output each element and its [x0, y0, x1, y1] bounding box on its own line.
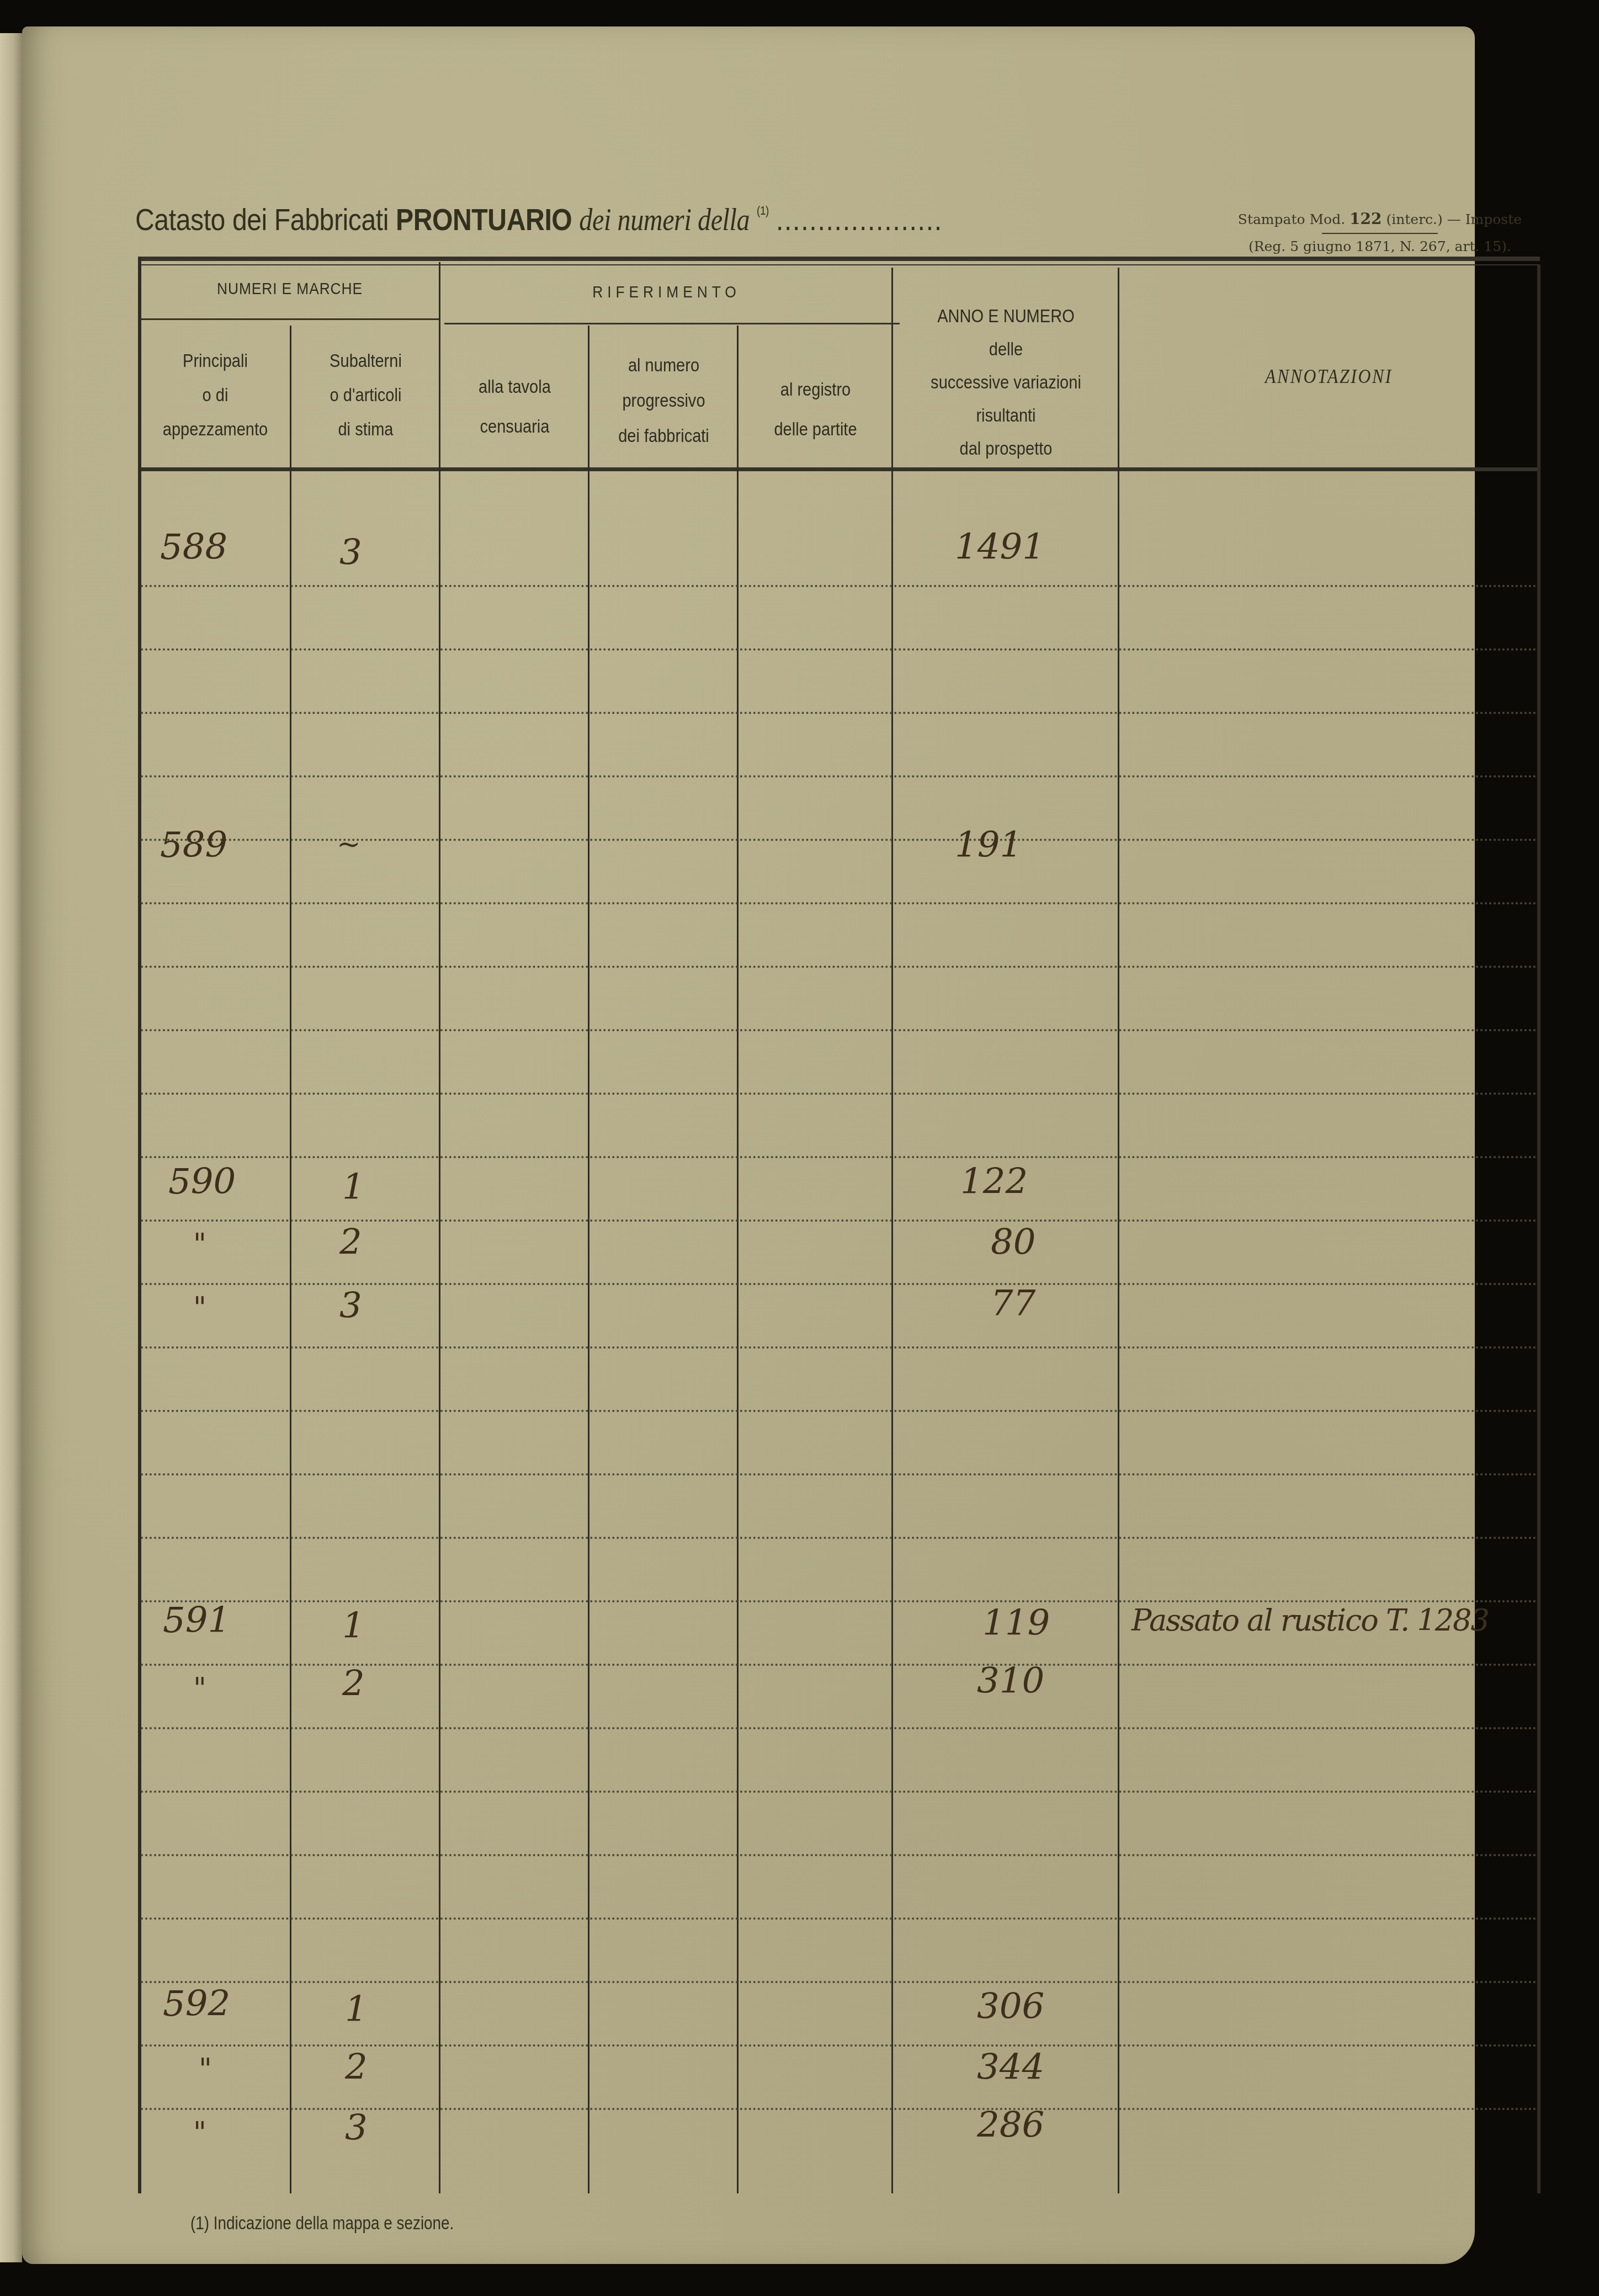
stamp-regulation: (Reg. 5 giugno 1871, N. 267, art. 15).	[1238, 236, 1522, 258]
row-rule	[141, 1791, 1537, 1793]
entry-principale-ditto: "	[193, 1228, 206, 1261]
table-top-rule	[138, 257, 1540, 261]
entry-subalterno: 1	[342, 1606, 365, 1647]
row-rule	[141, 712, 1537, 714]
entry-principale: 591	[163, 1600, 230, 1641]
group-header-riferimento: RIFERIMENTO	[469, 280, 864, 306]
entry-variazione: 310	[977, 1661, 1044, 1702]
footnote: (1) Indicazione della mappa e sezione.	[190, 2213, 454, 2234]
row-rule	[141, 966, 1537, 968]
row-rule	[141, 1854, 1537, 1856]
entry-variazione: 80	[991, 1222, 1035, 1263]
row-rule	[141, 1473, 1537, 1475]
col-header-anno-numero: ANNO E NUMERO delle successive variazion…	[907, 300, 1104, 465]
page-title: Catasto dei Fabbricati PRONTUARIO dei nu…	[135, 201, 943, 238]
entry-principale: 588	[160, 527, 227, 568]
group-header-numeri: NUMERI E MARCHE	[158, 276, 421, 302]
col-header-annotazioni: ANNOTAZIONI	[1145, 361, 1512, 392]
row-rule	[141, 1537, 1537, 1539]
register-table: NUMERI E MARCHE RIFERIMENTO Principali o…	[138, 257, 1540, 2193]
row-rule	[141, 1093, 1537, 1095]
table-left-border	[138, 257, 141, 2193]
entry-subalterno: 2	[345, 2047, 368, 2088]
row-rule	[141, 1410, 1537, 1412]
row-rule	[141, 902, 1537, 904]
col-header-registro: al registro delle partite	[749, 370, 883, 449]
entry-annotazione: Passato al rustico T. 1283	[1131, 1603, 1489, 1638]
entry-subalterno: 3	[339, 1286, 362, 1327]
entry-variazione: 344	[977, 2047, 1044, 2088]
row-rule	[141, 1346, 1537, 1349]
row-rule	[141, 648, 1537, 651]
title-blank-field: ....................	[776, 202, 943, 237]
stamp-model-number: 122	[1350, 210, 1382, 228]
entry-variazione: 119	[982, 1603, 1050, 1644]
col-header-subalterni: Subalterni o d'articoli di stima	[301, 344, 430, 446]
row-rule	[141, 2044, 1537, 2047]
entry-principale-ditto: "	[193, 1672, 206, 1705]
entry-subalterno: ~	[337, 828, 361, 861]
row-rule	[141, 1917, 1537, 1920]
entry-subalterno: 1	[345, 1989, 368, 2030]
group-rule-riferimento	[444, 323, 900, 324]
header-bottom-rule	[138, 467, 1540, 471]
row-rule	[141, 775, 1537, 777]
row-rule	[141, 1156, 1537, 1158]
book-spine	[0, 33, 22, 2262]
stamp-prefix: Stampato Mod.	[1238, 211, 1345, 227]
entry-variazione: 1491	[955, 527, 1045, 568]
entry-subalterno: 2	[342, 1664, 365, 1704]
col-divider-2	[439, 262, 440, 2193]
entry-variazione: 286	[977, 2105, 1044, 2146]
stamp-rule	[1322, 233, 1438, 234]
col-divider-6	[1118, 268, 1119, 2193]
entry-principale: 592	[163, 1984, 230, 2025]
col-header-progressivo: al numero progressivo dei fabbricati	[599, 348, 728, 454]
entry-subalterno: 3	[345, 2108, 368, 2149]
table-top-rule-inner	[138, 264, 1540, 265]
row-rule	[141, 1600, 1537, 1602]
entry-variazione: 77	[991, 1283, 1035, 1324]
entry-variazione: 191	[955, 825, 1022, 866]
title-footnote-mark: (1)	[757, 204, 769, 217]
entry-principale-ditto: "	[193, 2116, 206, 2149]
title-prefix: Catasto dei Fabbricati	[135, 202, 389, 237]
entry-principale-ditto: "	[193, 1291, 206, 1324]
row-rule	[141, 1981, 1537, 1983]
stamp-suffix: (interc.) — Imposte	[1386, 211, 1522, 227]
row-rule	[141, 1029, 1537, 1031]
entry-principale: 590	[168, 1162, 236, 1202]
entry-variazione: 306	[977, 1986, 1044, 2027]
title-italic: dei numeri della	[579, 203, 750, 237]
entry-variazione: 122	[960, 1162, 1028, 1202]
row-rule	[141, 1727, 1537, 1729]
table-right-border	[1537, 265, 1540, 2193]
group-rule-numeri	[141, 318, 439, 320]
col-divider-3	[588, 326, 589, 2193]
col-divider-4	[737, 326, 739, 2193]
entry-subalterno: 2	[339, 1222, 362, 1263]
row-rule	[141, 1283, 1537, 1285]
entry-subalterno: 1	[342, 1167, 365, 1208]
entry-principale: 589	[160, 825, 227, 866]
row-rule	[141, 1219, 1537, 1222]
title-bold: PRONTUARIO	[396, 202, 572, 237]
row-rule	[141, 585, 1537, 587]
print-stamp: Stampato Mod. 122 (interc.) — Imposte (R…	[1238, 207, 1522, 258]
col-header-tavola: alla tavola censuaria	[450, 367, 579, 446]
col-divider-1	[290, 326, 291, 2193]
entry-principale-ditto: "	[199, 2053, 212, 2086]
col-divider-5	[891, 268, 893, 2193]
entry-subalterno: 3	[339, 532, 362, 573]
col-header-principali: Principali o di appezzamento	[150, 344, 281, 446]
